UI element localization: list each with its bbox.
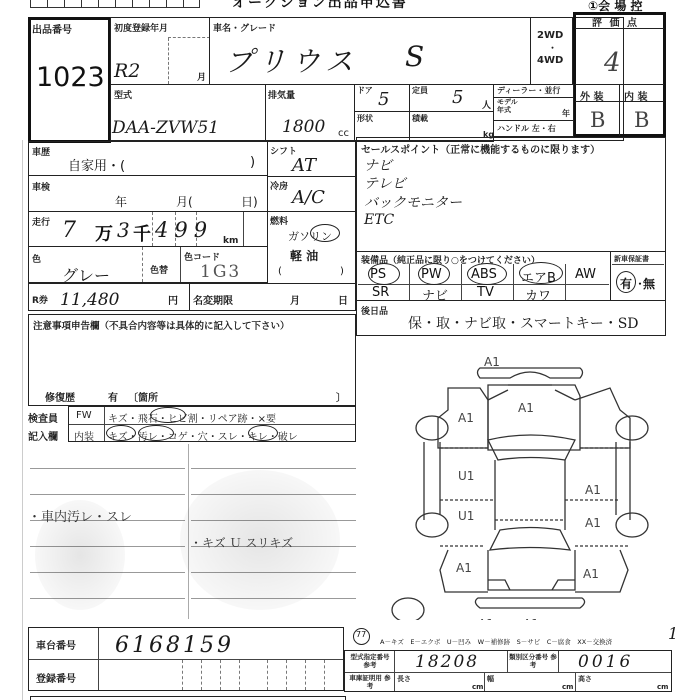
history-label: 車歴 bbox=[32, 145, 50, 158]
notes-label: 注意事項申告欄（不具合内容等は具体的に記入して下さい） bbox=[33, 318, 290, 332]
handwritten-note-right: ・キズ Ｕ スリキズ bbox=[190, 534, 293, 551]
fuel-diesel: 軽 油 bbox=[290, 247, 318, 264]
drive-2wd: 2WD bbox=[537, 30, 563, 41]
name-change-month: 月 bbox=[290, 292, 300, 307]
sales-point-item: ETC bbox=[364, 212, 394, 228]
mileage-sen-unit: 千 bbox=[133, 220, 151, 246]
displacement-unit: cc bbox=[338, 128, 349, 139]
damage-mark-rear-bumper-right: A1 bbox=[523, 617, 539, 620]
legend-number: 77 bbox=[356, 630, 366, 639]
chassis-label: 車台番号 bbox=[36, 637, 76, 652]
length-unit: cm bbox=[472, 683, 483, 691]
color-label: 色 bbox=[32, 252, 41, 265]
type-designation-value: 18208 bbox=[415, 652, 479, 672]
load-label: 積載 bbox=[412, 113, 428, 124]
capacity-label: 定員 bbox=[412, 85, 428, 96]
dealer-label: ディーラー・並行 bbox=[497, 85, 560, 96]
color-code-value: 1G3 bbox=[200, 262, 241, 282]
car-damage-diagram: A1 A1 A1 A1 A1 A1 A1 A1 A1 U1 U1 スペア bbox=[380, 340, 680, 620]
repair-location-open: 〔箇所 bbox=[128, 389, 158, 404]
score-value: 4 bbox=[604, 48, 621, 78]
first-registration-month-label: 月 bbox=[197, 70, 206, 83]
damage-mark-front-bumper: A1 bbox=[484, 355, 500, 369]
fuel-label: 燃料 bbox=[270, 214, 288, 227]
first-registration-year: R2 bbox=[114, 60, 140, 82]
shift-value: AT bbox=[292, 155, 316, 176]
inspector-fw-label: FW bbox=[76, 410, 92, 421]
length-label: 長さ bbox=[397, 674, 411, 684]
displacement-label: 排気量 bbox=[268, 88, 295, 101]
inspection-month: 月( bbox=[176, 193, 193, 210]
repair-location-close: 〕 bbox=[336, 389, 346, 404]
name-change-label: 名変期限 bbox=[193, 292, 233, 307]
lot-number-label: 出品番号 bbox=[32, 21, 72, 36]
exterior-label: 外 装 bbox=[580, 88, 603, 103]
score-label: 評 価 点 bbox=[592, 14, 639, 29]
handwritten-note-left: ・車内汚レ・スレ bbox=[28, 506, 132, 525]
equipment-airbag-circle bbox=[519, 262, 563, 284]
recycle-label: R券 bbox=[32, 293, 48, 306]
history-cell bbox=[28, 141, 268, 176]
sales-point-item: バックモニター bbox=[364, 192, 462, 212]
equipment-aw[interactable]: AW bbox=[575, 267, 596, 282]
model-code-value: DAA-ZVW51 bbox=[112, 118, 219, 138]
inspection-year: 年 bbox=[115, 193, 127, 210]
aircon-label: 冷房 bbox=[270, 179, 288, 192]
body-shape-label: 形状 bbox=[357, 113, 373, 124]
car-name-value: プリウス bbox=[225, 40, 359, 80]
mileage-rest: 499 bbox=[155, 218, 213, 242]
handle-label: ハンドル 左・右 bbox=[497, 123, 556, 134]
capacity-value: 5 bbox=[452, 87, 463, 108]
corner-mark: 1 bbox=[668, 624, 678, 643]
later-items-label: 後日品 bbox=[361, 304, 388, 317]
name-change-day: 日 bbox=[338, 292, 348, 307]
model-year-suffix: 年 bbox=[562, 108, 570, 119]
recycle-value: 11,480 bbox=[60, 290, 119, 310]
damage-mark-left-front-door: U1 bbox=[458, 469, 474, 483]
model-code-label: 型式 bbox=[114, 88, 132, 101]
equipment-abs-circle bbox=[467, 263, 507, 285]
interior-grade: B bbox=[634, 108, 649, 132]
damage-mark-front-left-fender: A1 bbox=[458, 411, 474, 425]
sales-point-item: テレビ bbox=[364, 173, 406, 193]
mileage-label: 走行 bbox=[32, 215, 50, 228]
inspector-fw-items: キズ・飛石・ヒビ割・リペア跡・×要 bbox=[108, 410, 276, 425]
history-value: 自家用・( bbox=[68, 155, 125, 174]
equipment-sr[interactable]: SR bbox=[372, 285, 389, 300]
damage-mark-hood: A1 bbox=[518, 401, 534, 415]
interior-scratch-circle bbox=[106, 425, 136, 441]
height-label: 高さ bbox=[578, 674, 592, 684]
margin-line bbox=[22, 140, 23, 700]
repair-history-value: 有 bbox=[108, 389, 118, 404]
fuel-gasoline-circle bbox=[310, 224, 340, 242]
height-unit: cm bbox=[657, 683, 668, 691]
first-registration-label: 初度登録年月 bbox=[114, 21, 168, 34]
inspection-cell bbox=[28, 175, 268, 212]
damage-mark-rear-bumper-left: A1 bbox=[478, 617, 494, 620]
model-year-label: モデル年式 bbox=[497, 98, 519, 114]
history-close: ) bbox=[250, 155, 255, 170]
certificate-label: 車庫証明用 参考 bbox=[347, 674, 393, 690]
equipment-pw-circle bbox=[418, 263, 450, 285]
form-title: オークション出品申込書 bbox=[232, 0, 408, 12]
later-items-value: 保・取・ナビ取・スマートキー・SD bbox=[408, 313, 639, 333]
repair-history-label: 修復歴 bbox=[45, 389, 75, 404]
fuel-paren-close: ) bbox=[340, 266, 344, 277]
exterior-grade: B bbox=[590, 108, 605, 132]
type-designation-label: 型式指定番号 参考 bbox=[347, 653, 393, 669]
width-label: 幅 bbox=[487, 674, 494, 684]
mileage-sen: 3 bbox=[117, 218, 130, 242]
top-check-strip bbox=[30, 0, 200, 9]
warranty-label: 新車保証書 bbox=[614, 254, 649, 264]
doors-label: ドア bbox=[357, 85, 373, 96]
inspection-day: 日) bbox=[241, 193, 258, 210]
equipment-tv[interactable]: TV bbox=[477, 285, 494, 300]
color-change-label: 色替 bbox=[150, 263, 168, 276]
damage-mark-right-rear-quarter: A1 bbox=[583, 567, 599, 581]
mileage-man-unit: 万 bbox=[95, 220, 113, 246]
interior-label: 内 装 bbox=[624, 88, 647, 103]
width-unit: cm bbox=[562, 683, 573, 691]
recycle-unit: 円 bbox=[168, 292, 178, 307]
car-name-label: 車名・グレード bbox=[213, 21, 276, 34]
inspector-interior-label: 内装 bbox=[74, 428, 94, 443]
category-number-value: 0016 bbox=[578, 652, 633, 672]
warranty-yes-circle bbox=[616, 271, 636, 293]
legend-text: A－キズ E－エクボ U－凹み W－補修跡 S－サビ C－腐食 XX－交換済 bbox=[380, 637, 612, 646]
lot-number-value: 1023 bbox=[36, 62, 105, 93]
inspector-label-2: 記入欄 bbox=[28, 428, 58, 443]
displacement-value: 1800 bbox=[282, 117, 325, 137]
inspector-label-1: 検査員 bbox=[28, 410, 58, 425]
car-grade-value: S bbox=[405, 40, 424, 73]
fuel-paren-open: ( bbox=[278, 266, 282, 277]
sales-points-label: セールスポイント（正常に機能するものに限ります） bbox=[361, 141, 600, 156]
interior-rub-circle bbox=[248, 425, 278, 441]
drive-sep: ・ bbox=[548, 41, 557, 54]
mileage-man: 7 bbox=[62, 218, 76, 243]
aircon-value: A/C bbox=[292, 187, 325, 208]
damage-mark-right-front-door: A1 bbox=[585, 483, 601, 497]
mileage-unit: km bbox=[223, 236, 238, 246]
capacity-unit: 人 bbox=[482, 98, 491, 111]
chassis-value: 6168159 bbox=[115, 633, 234, 658]
inspection-label: 車検 bbox=[32, 180, 50, 193]
damage-mark-left-rear-quarter: A1 bbox=[456, 561, 472, 575]
drive-4wd: 4WD bbox=[537, 55, 563, 66]
fw-chip-circle bbox=[150, 407, 186, 423]
damage-mark-right-rear-door: A1 bbox=[585, 516, 601, 530]
sales-point-item: ナビ bbox=[364, 155, 392, 175]
interior-stain-circle bbox=[138, 425, 174, 441]
damage-mark-left-rear-door: U1 bbox=[458, 509, 474, 523]
registration-label: 登録番号 bbox=[36, 670, 76, 685]
bottom-box-edge bbox=[30, 696, 346, 700]
doors-value: 5 bbox=[378, 89, 389, 110]
equipment-ps-circle bbox=[368, 263, 400, 285]
category-number-label: 類別区分番号 参考 bbox=[509, 653, 557, 669]
warranty-no[interactable]: 無 bbox=[643, 275, 655, 292]
